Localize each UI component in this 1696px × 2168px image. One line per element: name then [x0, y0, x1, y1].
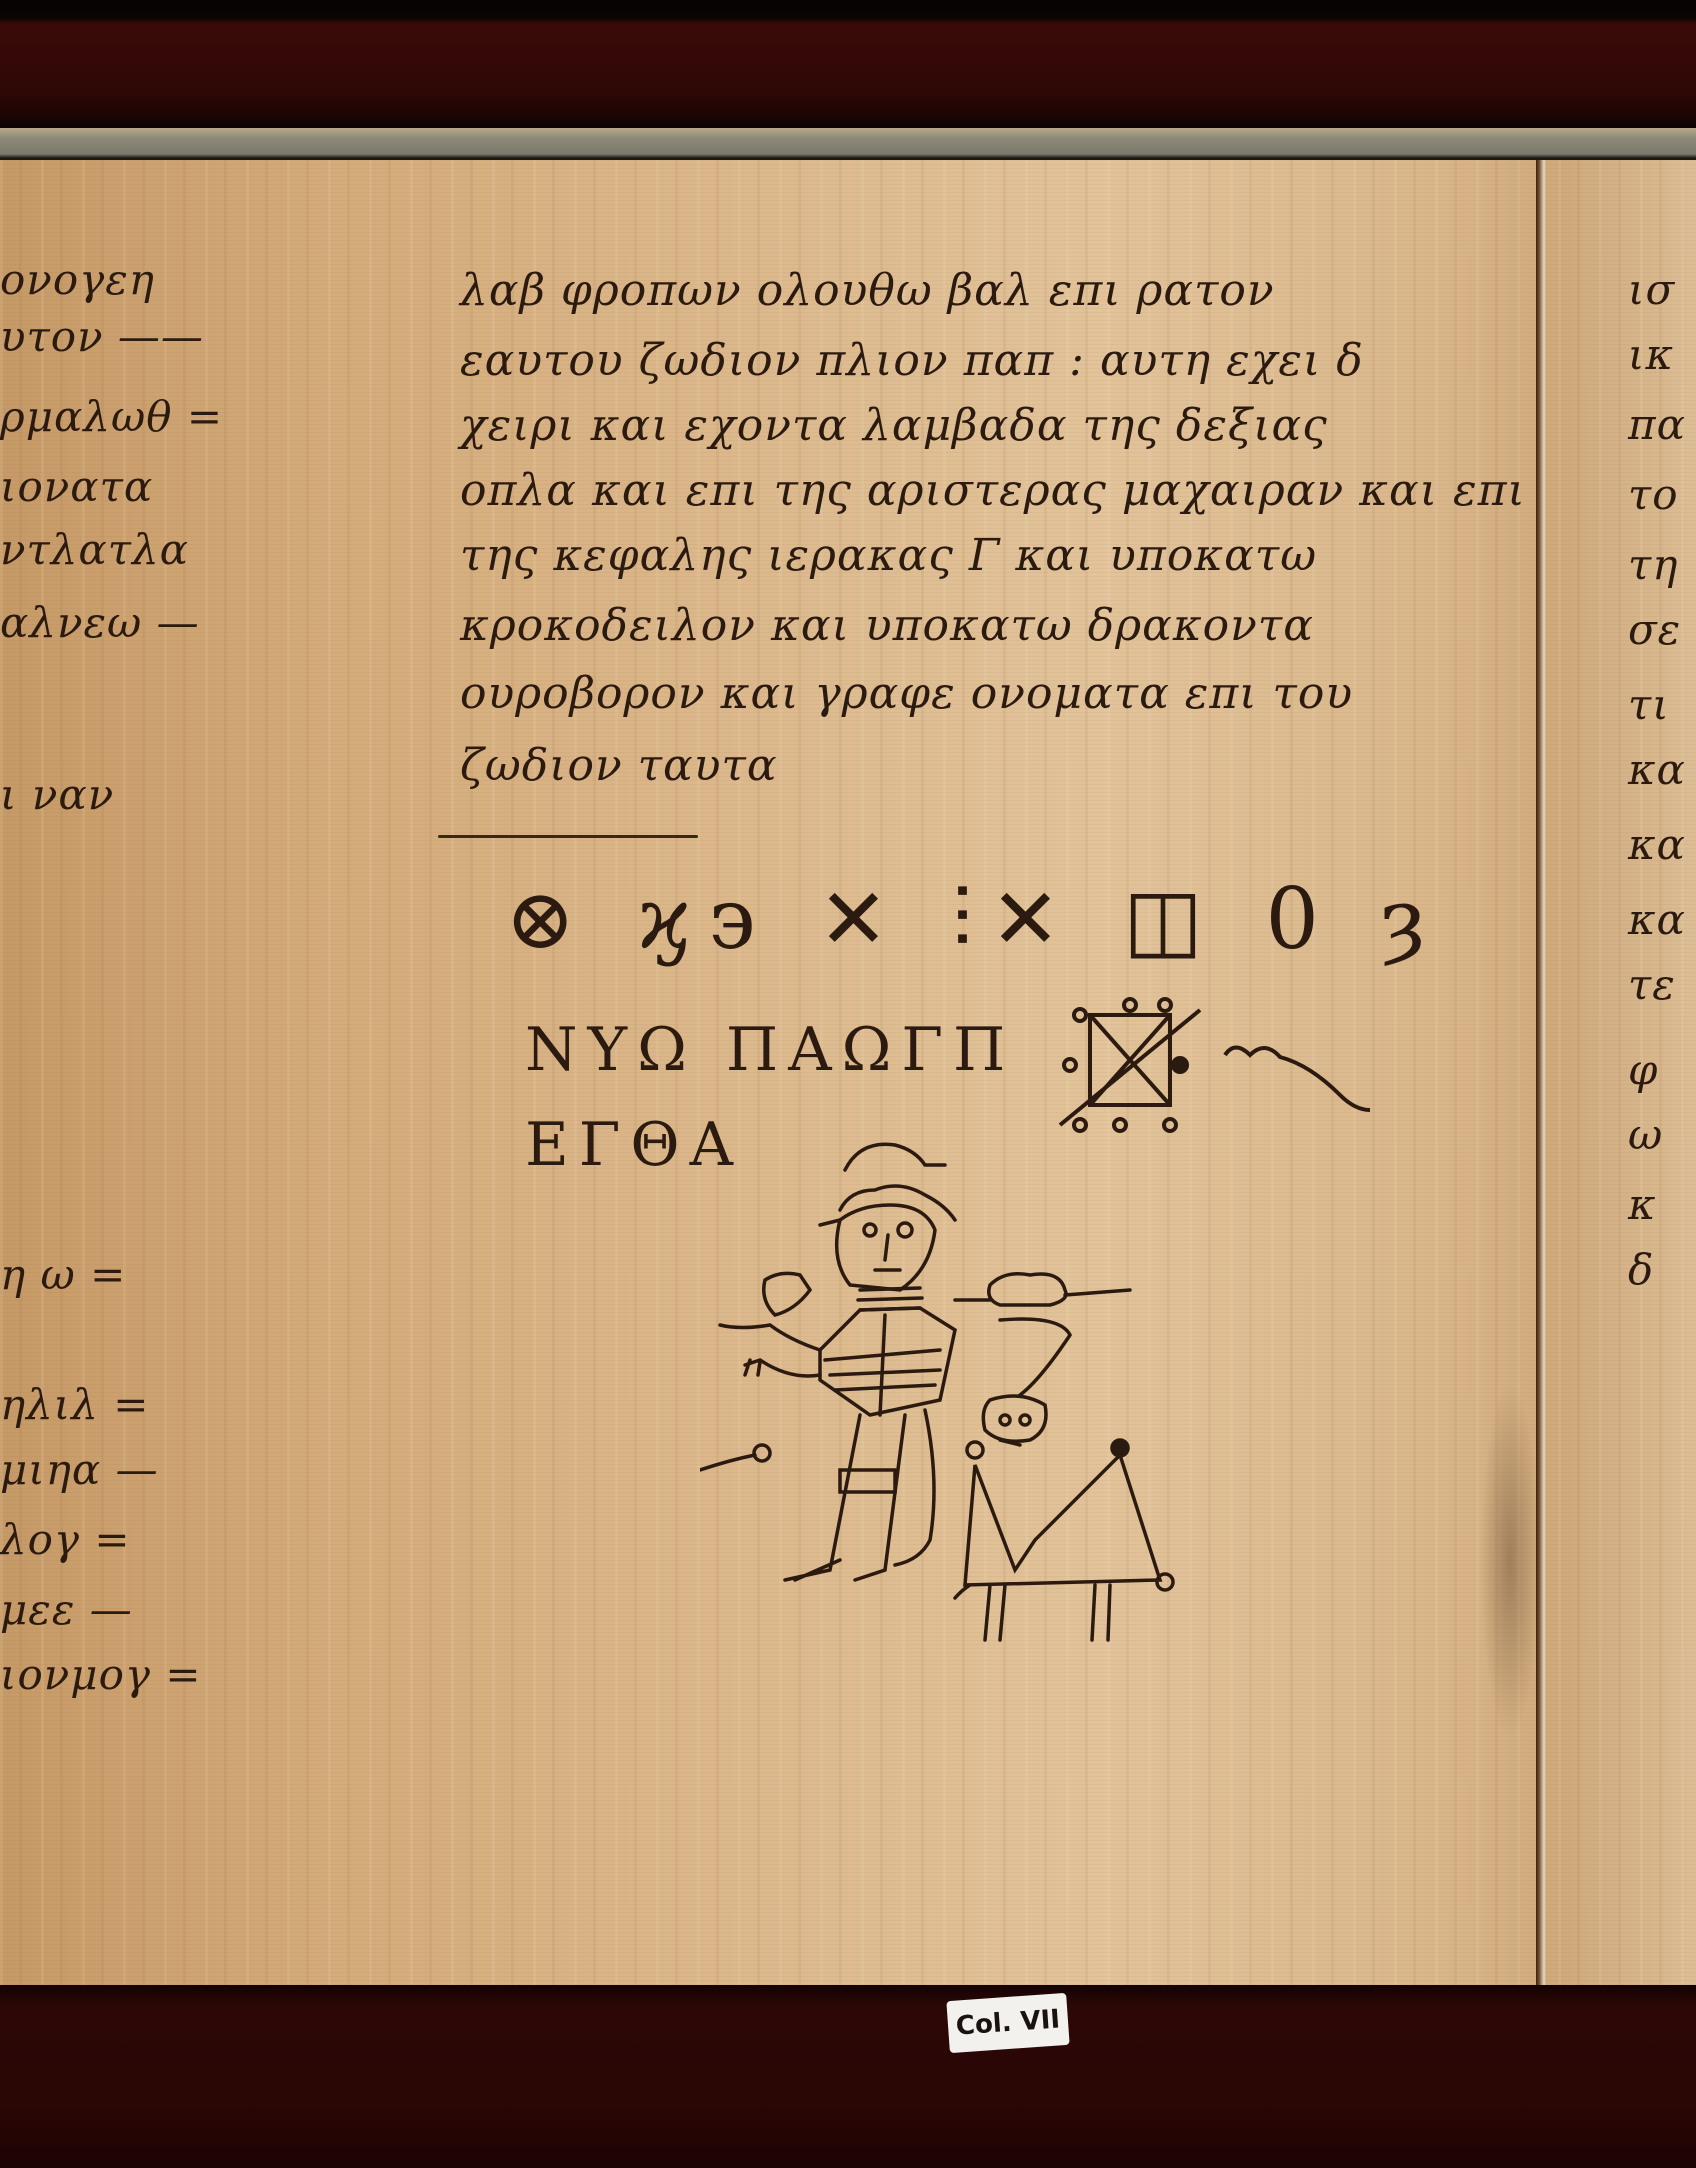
left-line: υτον ——	[0, 312, 204, 361]
right-line: τε	[1628, 960, 1676, 1009]
right-line: τι	[1628, 680, 1670, 729]
crocodile-body	[965, 1455, 1160, 1585]
stain	[1480, 1380, 1540, 1740]
text-line: κροκοδειλον και υποκατω δρακοντα	[460, 600, 1314, 651]
right-line: ικ	[1628, 330, 1674, 379]
text-line: της κεφαλης ιερακας Γ και υποκατω	[460, 530, 1317, 581]
text-line: λαβ φροπων ολουθω βαλ επι ρατον	[460, 265, 1275, 316]
magical-figure-drawing	[700, 1120, 1320, 1880]
magic-characters-line-1: ⊗ ϗ϶ ✕ ⫶✕ ◫ 0 ȝ	[505, 870, 1443, 969]
left-line: μεε —	[0, 1585, 133, 1634]
left-line: ηλιλ =	[0, 1380, 149, 1429]
right-line: σε	[1628, 605, 1681, 654]
right-line: πα	[1628, 400, 1686, 449]
left-line: η ω =	[0, 1250, 126, 1299]
right-line: κ	[1628, 1180, 1657, 1229]
frame-bottom-border	[0, 1985, 1696, 2168]
text-line: χειρι και εχοντα λαμβαδα της δεξιας	[460, 400, 1328, 451]
hawk-left-icon	[764, 1273, 810, 1315]
right-line: δ	[1628, 1245, 1654, 1294]
left-line: ιονμογ =	[0, 1650, 202, 1699]
sigil-square-icon	[1050, 995, 1390, 1140]
left-line: λογ =	[0, 1515, 131, 1564]
text-line: ζωδιον ταυτα	[460, 740, 778, 791]
right-line: κα	[1628, 820, 1686, 869]
right-line: κα	[1628, 745, 1686, 794]
section-divider	[438, 835, 698, 838]
sheet-join	[1536, 160, 1546, 1985]
right-line: ισ	[1628, 265, 1675, 314]
left-line: ι ναν	[0, 770, 114, 819]
right-line: ω	[1628, 1110, 1663, 1159]
right-line: τη	[1628, 540, 1678, 589]
left-line: ντλατλα	[0, 525, 189, 574]
left-line: αλνεω —	[0, 598, 200, 647]
frame-top-border	[0, 0, 1696, 130]
left-line: ρμαλωθ =	[0, 392, 223, 441]
hawk-crown-icon	[845, 1144, 945, 1170]
right-line: κα	[1628, 895, 1686, 944]
right-line: φ	[1628, 1045, 1658, 1094]
column-label: Col. VII	[946, 1993, 1069, 2053]
left-line: ονογεη	[0, 255, 155, 304]
text-line: ουροβορον και γραφε ονοματα επι του	[460, 668, 1353, 719]
left-line: μιηα —	[0, 1445, 159, 1494]
text-line: οπλα και επι της αριστερας μαχαιραν και …	[460, 465, 1526, 516]
magic-characters-line-2: ΝΥΩ ΠΑΩΓΠ	[525, 1015, 1015, 1085]
text-line: εαυτου ζωδιον πλιον παπ : αυτη εχει δ	[460, 335, 1364, 386]
hawk-right-icon	[989, 1274, 1066, 1305]
left-line: ιονατα	[0, 462, 153, 511]
right-line: το	[1628, 470, 1679, 519]
small-head-icon	[983, 1396, 1046, 1441]
